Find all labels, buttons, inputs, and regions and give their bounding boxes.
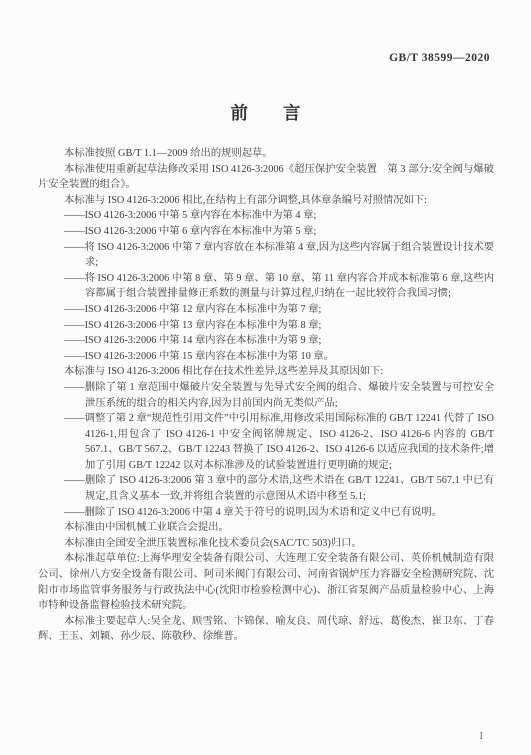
page-title: 前 言 — [0, 100, 531, 125]
paragraph: 本标准起草单位:上海华理安全装备有限公司、大连理工安全装备有限公司、英侨机械制造… — [38, 551, 494, 613]
paragraph: 本标准与 ISO 4126-3:2006 相比,在结构上有部分调整,具体章条编号… — [38, 193, 494, 209]
paragraph: ——ISO 4126-3:2006 中第 6 章内容在本标准中为第 5 章; — [38, 224, 494, 240]
paragraph: 本标准由全国安全泄压装置标准化技术委员会(SAC/TC 503)归口。 — [38, 536, 494, 552]
paragraph: ——ISO 4126-3:2006 中第 5 章内容在本标准中为第 4 章; — [38, 208, 494, 224]
document-page: GB/T 38599—2020 前 言 本标准按照 GB/T 1.1—2009 … — [0, 0, 531, 755]
page-number: Ⅰ — [479, 731, 483, 742]
paragraph: ——ISO 4126-3:2006 中第 12 章内容在本标准中为第 7 章; — [38, 302, 494, 318]
paragraph: 本标准由中国机械工业联合会提出。 — [38, 520, 494, 536]
paragraph: ——ISO 4126-3:2006 中第 13 章内容在本标准中为第 8 章; — [38, 318, 494, 334]
paragraph: ——ISO 4126-3:2006 中第 14 章内容在本标准中为第 9 章; — [38, 333, 494, 349]
paragraph: ——删除了 ISO 4126-3:2006 中第 4 章关于符号的说明,因为术语… — [38, 505, 494, 521]
paragraph: 本标准按照 GB/T 1.1—2009 给出的规则起草。 — [38, 146, 494, 162]
paragraph: ——将 ISO 4126-3:2006 中第 7 章内容放在本标准第 4 章,因… — [38, 240, 494, 271]
paragraph: ——将 ISO 4126-3:2006 中第 8 章、第 9 章、第 10 章、… — [38, 271, 494, 302]
paragraph: ——调整了第 2 章“规范性引用文件”中引用标准,用修改采用国际标准的 GB/T… — [38, 411, 494, 473]
paragraph: 本标准主要起草人:吴全龙、顾雪铭、卞锦保、喻友良、周代琼、舒远、葛俊杰、崔卫东、… — [38, 614, 494, 645]
paragraph: ——ISO 4126-3:2006 中第 15 章内容在本标准中为第 10 章。 — [38, 349, 494, 365]
paragraph: 本标准使用重新起草法修改采用 ISO 4126-3:2006《超压保护安全装置 … — [38, 162, 494, 193]
paragraph: ——删除了 ISO 4126-3:2006 第 3 章中的部分术语,这些术语在 … — [38, 473, 494, 504]
paragraph: ——删除了第 1 章范围中爆破片安全装置与先导式安全阀的组合、爆破片安全装置与可… — [38, 380, 494, 411]
paragraph: 本标准与 ISO 4126-3:2006 相比存在技术性差异,这些差异及其原因如… — [38, 364, 494, 380]
standard-code: GB/T 38599—2020 — [389, 52, 490, 64]
document-body: 本标准按照 GB/T 1.1—2009 给出的规则起草。本标准使用重新起草法修改… — [38, 146, 494, 645]
